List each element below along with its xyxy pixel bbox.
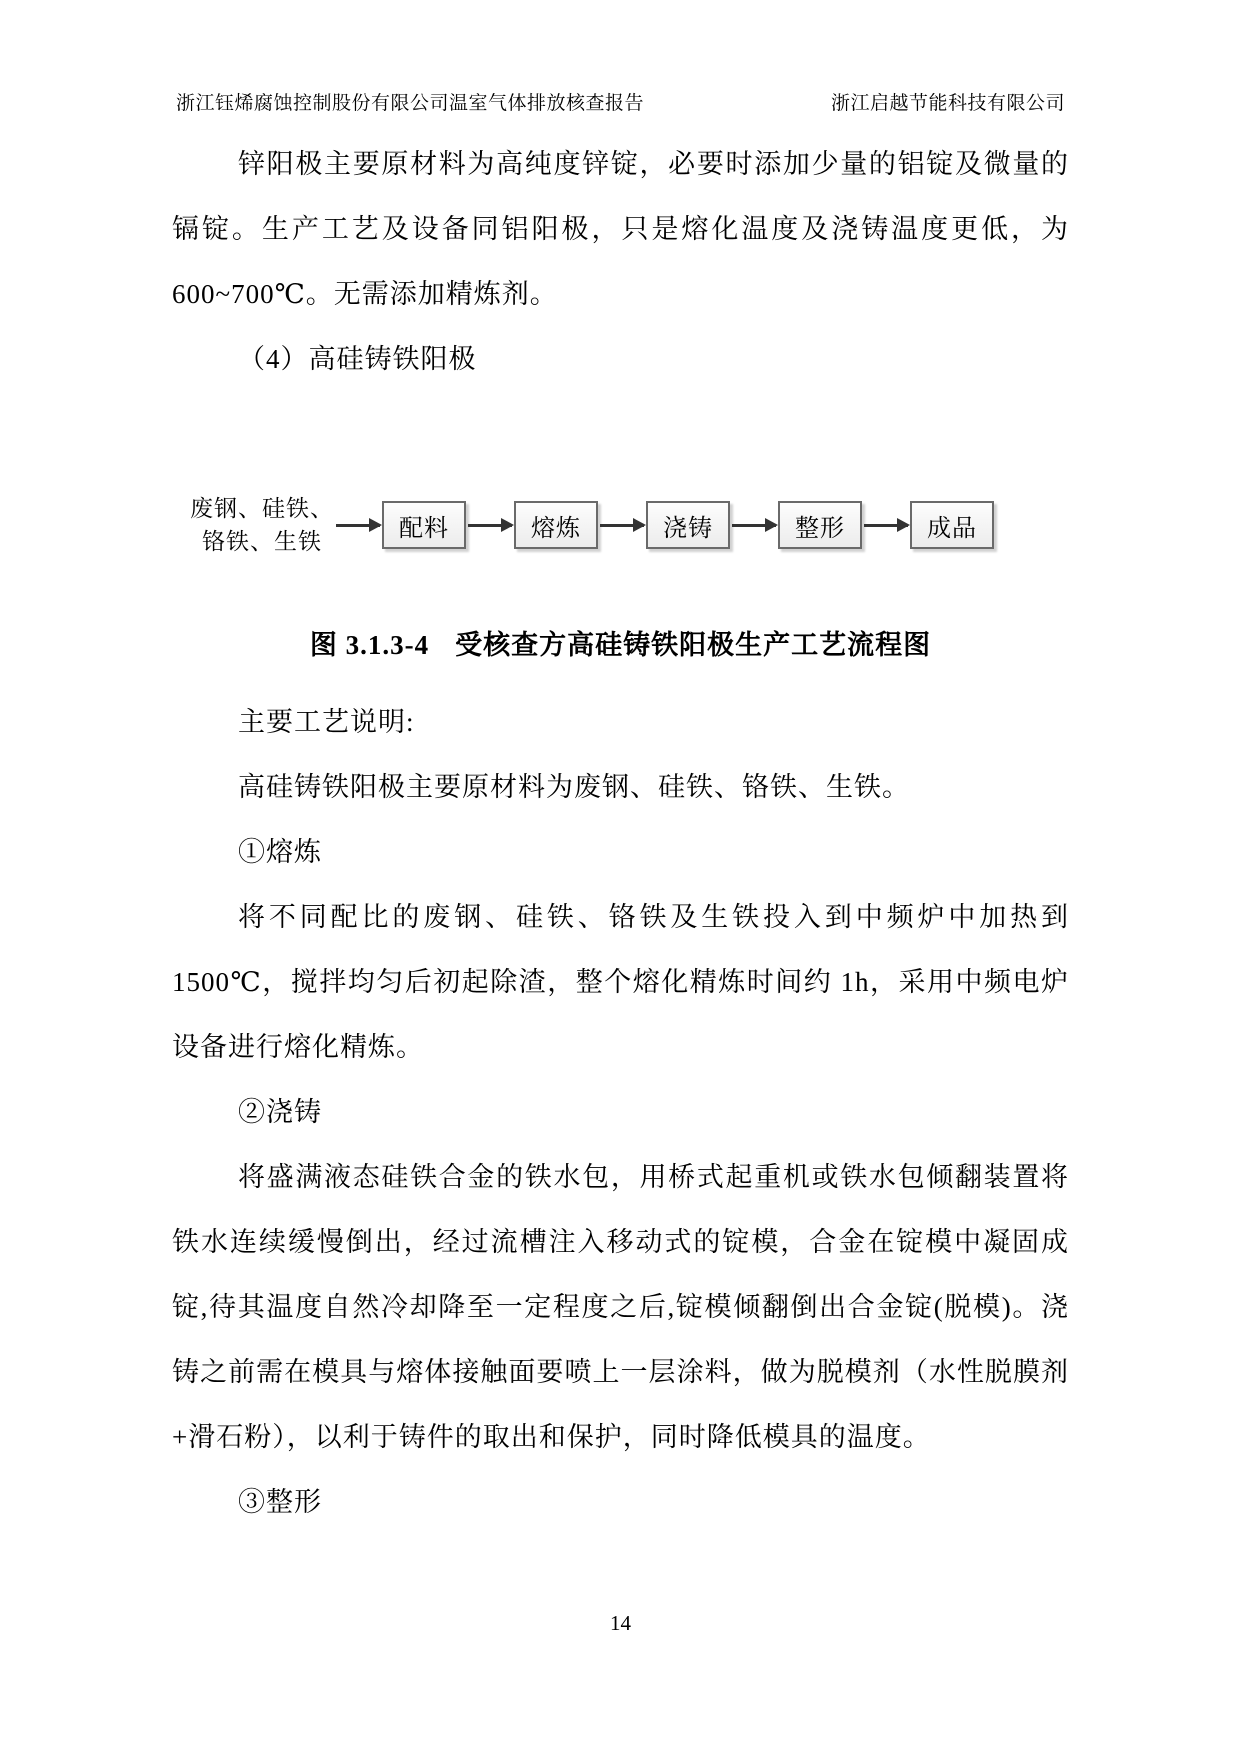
document-body: 锌阳极主要原材料为高纯度锌锭，必要时添加少量的铝锭及微量的镉锭。生产工艺及设备同… xyxy=(0,132,1241,1535)
heading-step3-shaping: ③整形 xyxy=(172,1470,1069,1535)
flow-arrow-icon xyxy=(864,524,908,527)
flow-step-box-jiaozhu: 浇铸 xyxy=(646,501,730,549)
header-right-company: 浙江启越节能科技有限公司 xyxy=(831,88,1065,115)
flow-step-box-ronglian: 熔炼 xyxy=(514,501,598,549)
page-number: 14 xyxy=(610,1611,631,1635)
figure-caption: 图 3.1.3-4受核查方高硅铸铁阳极生产工艺流程图 xyxy=(172,613,1069,678)
figure-caption-label: 图 3.1.3-4 xyxy=(310,630,429,660)
flow-source-label-line1: 废钢、硅铁、 xyxy=(190,492,334,525)
header-left-title: 浙江钰烯腐蚀控制股份有限公司温室气体排放核查报告 xyxy=(176,88,644,115)
heading-process-note: 主要工艺说明: xyxy=(172,690,1069,755)
paragraph-step2-casting: 将盛满液态硅铁合金的铁水包，用桥式起重机或铁水包倾翻装置将铁水连续缓慢倒出，经过… xyxy=(172,1145,1069,1470)
heading-step2-casting: ②浇铸 xyxy=(172,1080,1069,1145)
process-flow-diagram: 废钢、硅铁、 铬铁、生铁 配料 熔炼 浇铸 整形 成品 xyxy=(190,477,1069,573)
flow-arrow-icon xyxy=(336,524,380,527)
paragraph-zinc-anode: 锌阳极主要原材料为高纯度锌锭，必要时添加少量的铝锭及微量的镉锭。生产工艺及设备同… xyxy=(172,132,1069,327)
page-footer: 14 xyxy=(0,1603,1241,1643)
flow-arrow-icon xyxy=(600,524,644,527)
flow-step-box-zhengxing: 整形 xyxy=(778,501,862,549)
heading-step1-melting: ①熔炼 xyxy=(172,820,1069,885)
flow-arrow-icon xyxy=(468,524,512,527)
flow-source-label: 废钢、硅铁、 铬铁、生铁 xyxy=(190,492,334,558)
flow-arrow-icon xyxy=(732,524,776,527)
paragraph-raw-materials: 高硅铸铁阳极主要原材料为废钢、硅铁、铬铁、生铁。 xyxy=(172,755,1069,820)
page-header: 浙江钰烯腐蚀控制股份有限公司温室气体排放核查报告 浙江启越节能科技有限公司 xyxy=(0,0,1241,115)
flow-step-box-chengpin: 成品 xyxy=(910,501,994,549)
heading-item-4: （4）高硅铸铁阳极 xyxy=(172,327,1069,392)
flow-source-label-line2: 铬铁、生铁 xyxy=(190,525,334,558)
flow-step-box-peiliao: 配料 xyxy=(382,501,466,549)
figure-caption-title: 受核查方高硅铸铁阳极生产工艺流程图 xyxy=(455,630,931,660)
paragraph-step1-melting: 将不同配比的废钢、硅铁、铬铁及生铁投入到中频炉中加热到 1500℃，搅拌均匀后初… xyxy=(172,885,1069,1080)
